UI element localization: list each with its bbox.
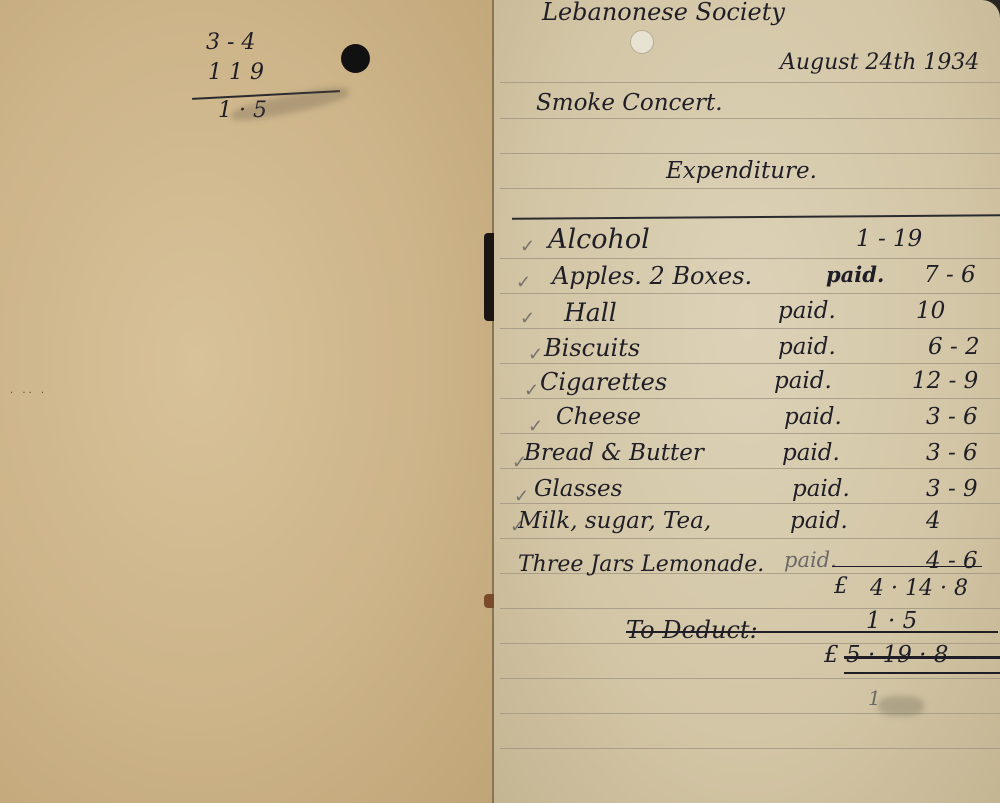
smudge bbox=[878, 696, 924, 716]
check-icon: ✓ bbox=[516, 272, 531, 293]
check-icon: ✓ bbox=[528, 416, 543, 437]
check-icon: ✓ bbox=[514, 486, 529, 507]
left-page: 3 - 4 1 1 9 1 · 5 · ·· · bbox=[0, 0, 494, 803]
check-icon: ✓ bbox=[524, 380, 539, 401]
ruled-line bbox=[500, 363, 1000, 364]
ruled-line bbox=[500, 82, 1000, 83]
strike-line bbox=[626, 631, 998, 633]
ruled-line bbox=[500, 468, 1000, 469]
sum-underline bbox=[832, 566, 982, 567]
ruled-line bbox=[500, 118, 1000, 119]
punch-hole bbox=[630, 30, 654, 54]
ruled-line bbox=[500, 503, 1000, 504]
ruled-line bbox=[500, 328, 1000, 329]
deduct-label: To Deduct: bbox=[626, 616, 758, 644]
header-rule bbox=[512, 214, 1000, 219]
ruled-line bbox=[500, 433, 1000, 434]
ruled-line bbox=[500, 153, 1000, 154]
pound-sign: £ bbox=[834, 574, 848, 599]
ruled-line bbox=[500, 398, 1000, 399]
section-title: Expenditure. bbox=[666, 158, 817, 184]
ruled-line bbox=[500, 678, 1000, 679]
ruled-line bbox=[500, 713, 1000, 714]
right-page: Lebanonese Society August 24th 1934 Smok… bbox=[494, 0, 1000, 803]
calc-line-1: 3 - 4 bbox=[206, 30, 255, 55]
check-icon: ✓ bbox=[520, 308, 535, 329]
ruled-line bbox=[500, 538, 1000, 539]
strike-line bbox=[844, 656, 1000, 659]
ruled-line bbox=[500, 608, 1000, 609]
ruled-line bbox=[500, 748, 1000, 749]
strike-line bbox=[844, 672, 1000, 674]
event-name: Smoke Concert. bbox=[536, 90, 723, 116]
paper-specks: · ·· · bbox=[10, 388, 47, 399]
ruled-line bbox=[500, 188, 1000, 189]
ruled-line bbox=[500, 258, 1000, 259]
check-icon: ✓ bbox=[520, 236, 535, 257]
total-amount: 4 · 14 · 8 bbox=[870, 576, 968, 601]
calc-line-2: 1 1 9 bbox=[208, 60, 264, 85]
organization-title: Lebanonese Society bbox=[542, 0, 785, 26]
check-icon: ✓ bbox=[528, 344, 543, 365]
struck-total-amount: 5 · 19 · 8 bbox=[846, 642, 948, 668]
punch-hole bbox=[341, 44, 370, 73]
entry-date: August 24th 1934 bbox=[780, 50, 979, 75]
ruled-line bbox=[500, 293, 1000, 294]
